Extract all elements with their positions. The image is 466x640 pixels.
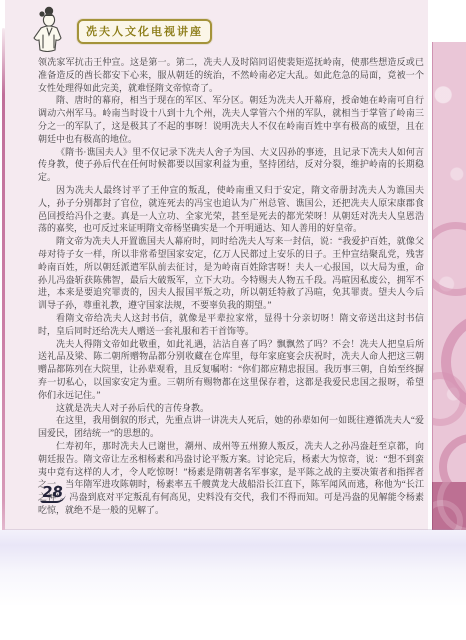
article-paragraph: 在这里，我用倒叙的形式，先重点讲一讲冼夫人死后，她的孙辈如何一如既往遵循冼夫人“… <box>38 414 424 440</box>
article-paragraph: 隋、唐时的幕府，相当于现在的军区、军分区。朝廷为冼夫人开幕府，授命她在岭南可自行… <box>38 94 424 145</box>
under-page-sheet <box>0 530 466 640</box>
article-paragraph: 因为冼夫人最终讨平了王仲宣的叛乱，使岭南重又归于安定，隋文帝册封冼夫人为谯国夫人… <box>38 184 424 235</box>
page-header: 冼夫人文化电视讲座 <box>27 2 212 52</box>
book-edge-decoration <box>432 42 466 482</box>
article-paragraph: 仁寿初年，那时冼夫人已谢世，潮州、成州等五州獠人叛反，冼夫人之孙冯盎赶至京都，向… <box>38 440 424 517</box>
article-paragraph: 隋文帝为冼夫人开置谯国夫人幕府时，同时给冼夫人写来一封信，说：“我爱护百姓，就像… <box>38 235 424 312</box>
article-paragraph: 这就是冼夫人对子孙后代的言传身教。 <box>38 402 424 415</box>
madam-xian-figure-icon <box>27 4 69 52</box>
book-page: 冼夫人文化电视讲座 领冼家军抗击王仲宣。这是第一。第二，冼夫人及时陪同诏使裴矩巡… <box>5 0 428 530</box>
book-edge-decoration-dark <box>432 482 466 530</box>
page-number: 28 <box>40 483 67 503</box>
article-paragraph: 《隋书·谯国夫人》里不仅记录下冼夫人舍子为国、大义囚孙的事迹，且记录下冼夫人如何… <box>38 146 424 184</box>
article-paragraph: 看隋文帝给冼夫人这封书信，就像是平辈拉家常，显得十分亲切呀！隋文帝送出这封书信时… <box>38 312 424 338</box>
article-body: 领冼家军抗击王仲宣。这是第一。第二，冼夫人及时陪同诏使裴矩巡抚岭南，使那些想造反… <box>38 56 424 517</box>
scanned-book-page: 冼夫人文化电视讲座 领冼家军抗击王仲宣。这是第一。第二，冼夫人及时陪同诏使裴矩巡… <box>0 0 466 640</box>
article-paragraph: 领冼家军抗击王仲宣。这是第一。第二，冼夫人及时陪同诏使裴矩巡抚岭南，使那些想造反… <box>38 56 424 94</box>
series-title-stamp: 冼夫人文化电视讲座 <box>77 19 212 44</box>
swirl-ornament <box>432 222 466 296</box>
article-paragraph: 冼夫人得隋文帝如此敬重，如此礼遇，沾沾自喜了吗？飘飘然了吗？不会！冼夫人把皇后所… <box>38 338 424 402</box>
